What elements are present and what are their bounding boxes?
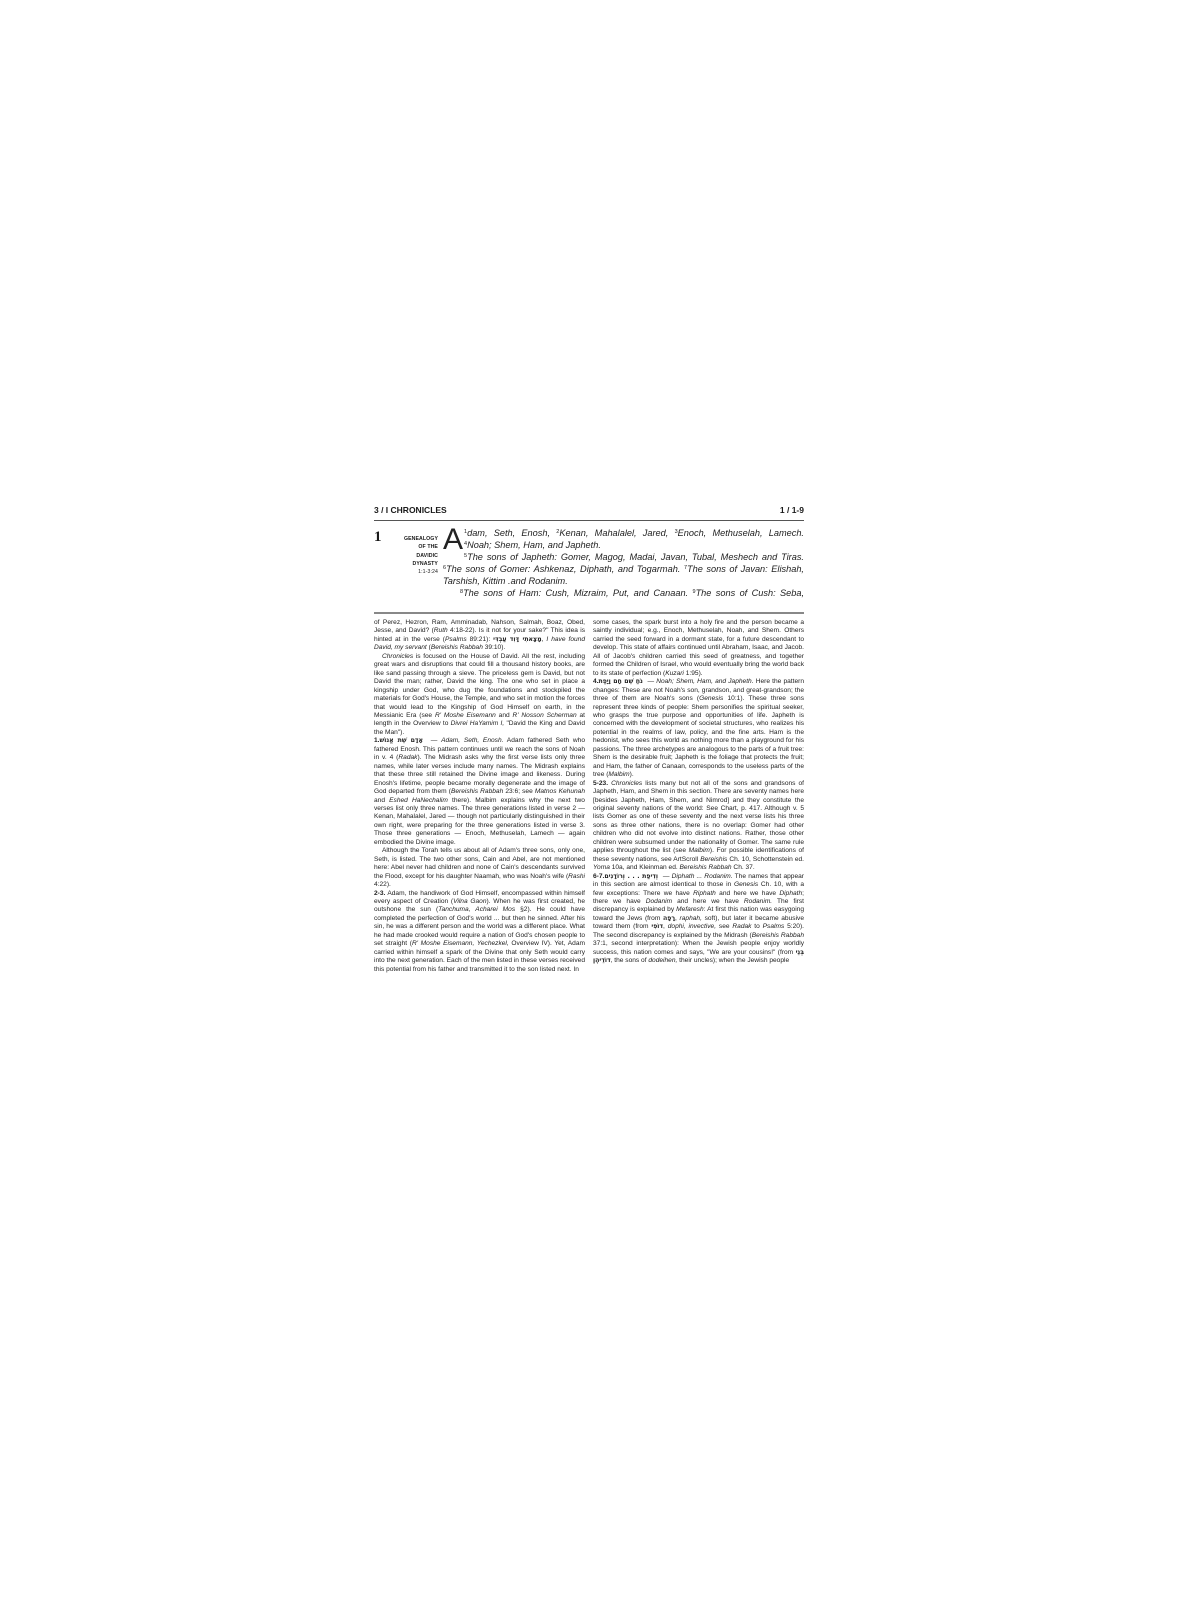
section-title: GENEALOGY OF THE DAVIDIC DYNASTY 1:1-3:2… xyxy=(388,535,438,576)
hebrew-text: וְדִיפַת . . . וְרוֹדָנִים xyxy=(604,873,660,880)
commentary-paragraph: of Perez, Hezron, Ram, Amminadab, Nahson… xyxy=(374,619,585,653)
commentary-right-column: some cases, the spark burst into a holy … xyxy=(593,619,804,974)
running-head: 3 / I CHRONICLES 1 / 1-9 xyxy=(374,505,804,516)
commentary-left-column: of Perez, Hezron, Ram, Amminadab, Nahson… xyxy=(374,619,585,974)
commentary-paragraph: 5-23. Chronicles lists many but not all … xyxy=(593,780,804,873)
scripture-block: 1 GENEALOGY OF THE DAVIDIC DYNASTY 1:1-3… xyxy=(374,527,804,605)
running-head-left: 3 / I CHRONICLES xyxy=(374,505,447,515)
commentary-paragraph: 2-3. Adam, the handiwork of God Himself,… xyxy=(374,890,585,975)
verse-text: A1dam, Seth, Enosh, 2Kenan, Mahalalel, J… xyxy=(443,527,804,599)
section-ref: 1:1-3:24 xyxy=(388,568,438,576)
commentary: of Perez, Hezron, Ram, Amminadab, Nahson… xyxy=(374,619,804,974)
hebrew-text: דוֹפִי xyxy=(651,923,663,930)
commentary-paragraph: Chronicles is focused on the House of Da… xyxy=(374,653,585,738)
verse-reference: 5-23. xyxy=(593,780,608,787)
verse-reference: 6-7. xyxy=(593,873,604,880)
commentary-paragraph: 1. אָדָם שֵׁת אֱנוֹשׁ — Adam, Seth, Enos… xyxy=(374,737,585,847)
drop-cap: A xyxy=(443,528,463,552)
commentary-paragraph: some cases, the spark burst into a holy … xyxy=(593,619,804,678)
book-page: 3 / I CHRONICLES 1 / 1-9 1 GENEALOGY OF … xyxy=(374,505,804,974)
running-head-right: 1 / 1-9 xyxy=(780,505,804,515)
verse-reference: 2-3. xyxy=(374,890,385,897)
commentary-rule xyxy=(374,612,804,614)
hebrew-text: נֹחַ שֵׁם חָם וָיָפֶת xyxy=(599,678,646,685)
commentary-paragraph: Although the Torah tells us about all of… xyxy=(374,847,585,889)
commentary-paragraph: 4. נֹחַ שֵׁם חָם וָיָפֶת — Noah; Shem, H… xyxy=(593,678,804,779)
hebrew-text: מָצָאתִי דָּוִד עַבְדִּי xyxy=(493,636,541,643)
hebrew-text: אָדָם שֵׁת אֱנוֹשׁ xyxy=(380,737,428,744)
header-rule xyxy=(374,520,804,521)
hebrew-text: רָפָה xyxy=(663,915,675,922)
chapter-number: 1 xyxy=(374,529,382,546)
commentary-paragraph: 6-7. וְדִיפַת . . . וְרוֹדָנִים — Diphat… xyxy=(593,873,804,966)
